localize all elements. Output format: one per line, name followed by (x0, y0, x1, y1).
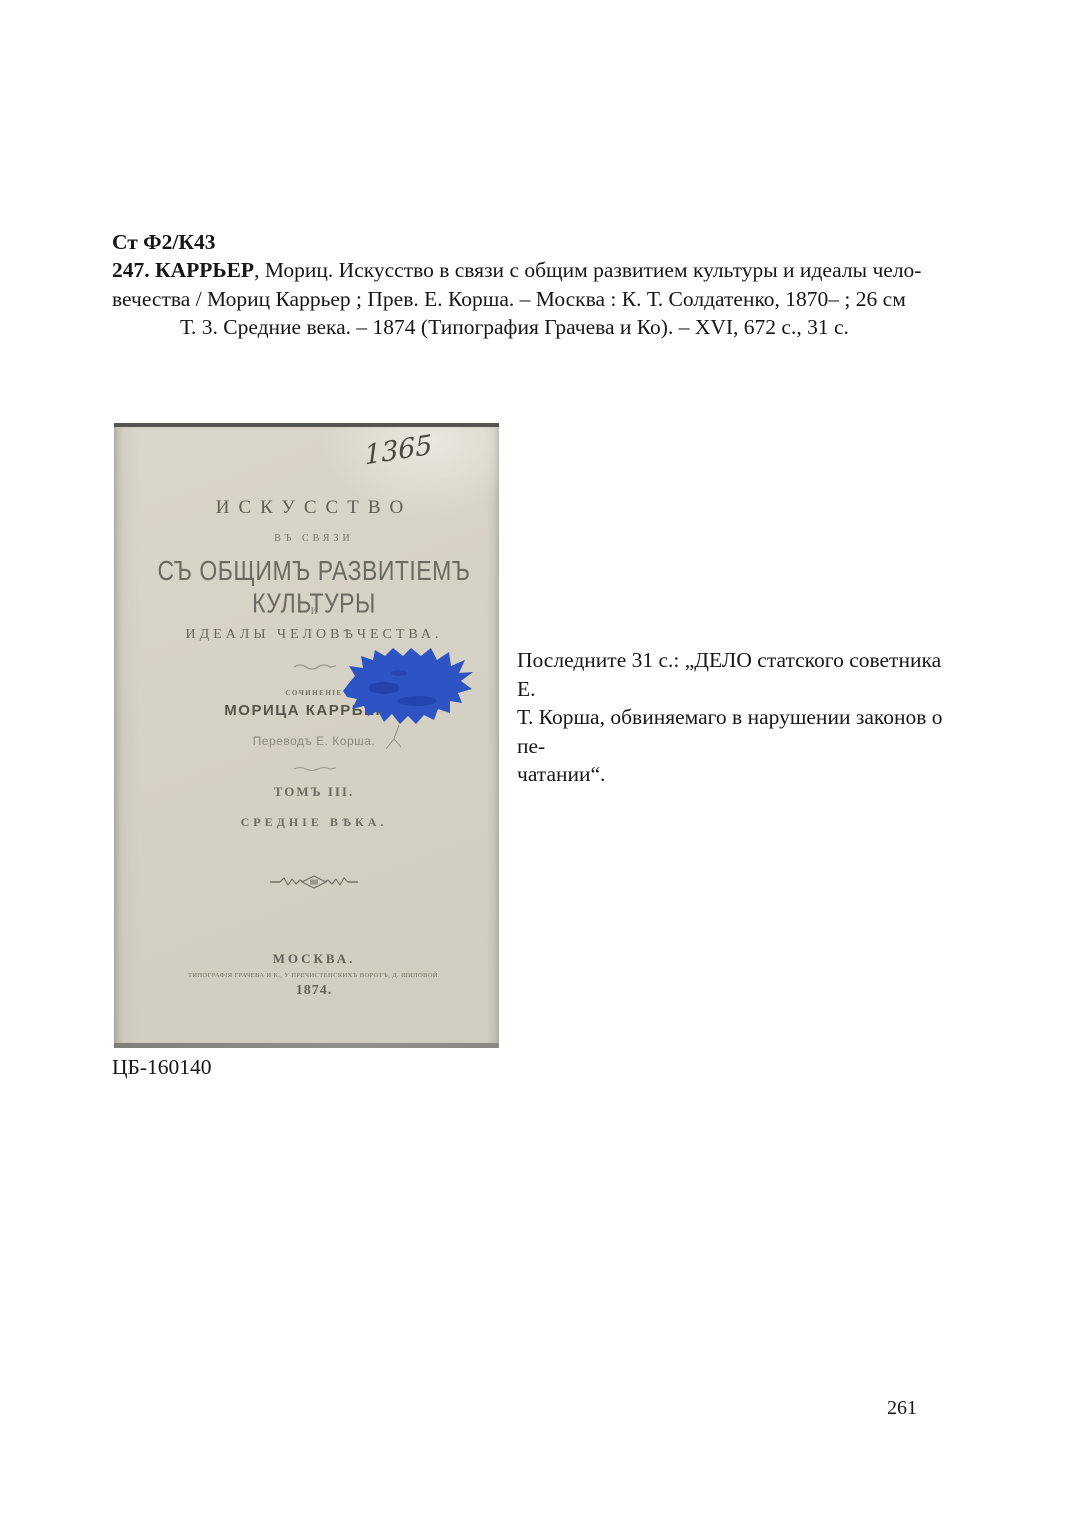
entry-line-1-rest: , Мориц. Искусство в связи с общим разви… (254, 258, 921, 282)
book-volume-subtitle: СРЕДНІЕ ВѢКА. (128, 815, 499, 830)
ornament-divider (269, 875, 359, 889)
shelf-code: Ст Ф2/К43 (112, 228, 215, 257)
book-volume: ТОМЪ III. (128, 784, 499, 800)
note-line-3: чатании“. (517, 760, 957, 789)
book-title-line-5: ИДЕАЛЫ ЧЕЛОВѢЧЕСТВА. (128, 627, 499, 643)
book-city: МОСКВА. (128, 951, 499, 967)
book-title-line-4: И (128, 606, 499, 616)
entry-line-3: Т. 3. Средние века. – 1874 (Типография Г… (180, 313, 849, 342)
call-number: ЦБ-160140 (112, 1053, 212, 1082)
note-line-2: Т. Корша, обвиняемаго в нарушении законо… (517, 703, 957, 760)
book-title-line-1: ИСКУССТВО (128, 497, 499, 519)
book-imprint: ТИПОГРАФІЯ ГРАЧЕВА И К., У ПРЕЧИСТЕНСКИХ… (128, 972, 499, 979)
entry-line-1: 247. КАРРЬЕР, Мориц. Искусство в связи с… (112, 256, 921, 285)
note-line-1: Последните 31 с.: „ДЕЛО статского советн… (517, 646, 957, 703)
entry-line-2: вечества / Мориц Каррьер ; Прев. Е. Корш… (112, 285, 906, 314)
squiggle-ornament-middle (292, 764, 338, 772)
entry-number-author: 247. КАРРЬЕР (112, 258, 254, 282)
handwritten-inventory-number: 1365 (364, 430, 434, 472)
squiggle-ornament-top (292, 662, 338, 670)
entry-note: Последните 31 с.: „ДЕЛО статского советн… (517, 646, 957, 789)
ink-blot (339, 643, 479, 755)
page-number: 261 (820, 1397, 917, 1420)
catalog-page: Ст Ф2/К43 247. КАРРЬЕР, Мориц. Искусство… (0, 0, 1080, 1527)
book-title-page-scan: 1365 ИСКУССТВО ВЪ СВЯЗИ СЪ ОБЩИМЪ РАЗВИТ… (114, 423, 499, 1048)
book-title-line-2: ВЪ СВЯЗИ (128, 533, 499, 544)
book-year: 1874. (128, 983, 499, 999)
